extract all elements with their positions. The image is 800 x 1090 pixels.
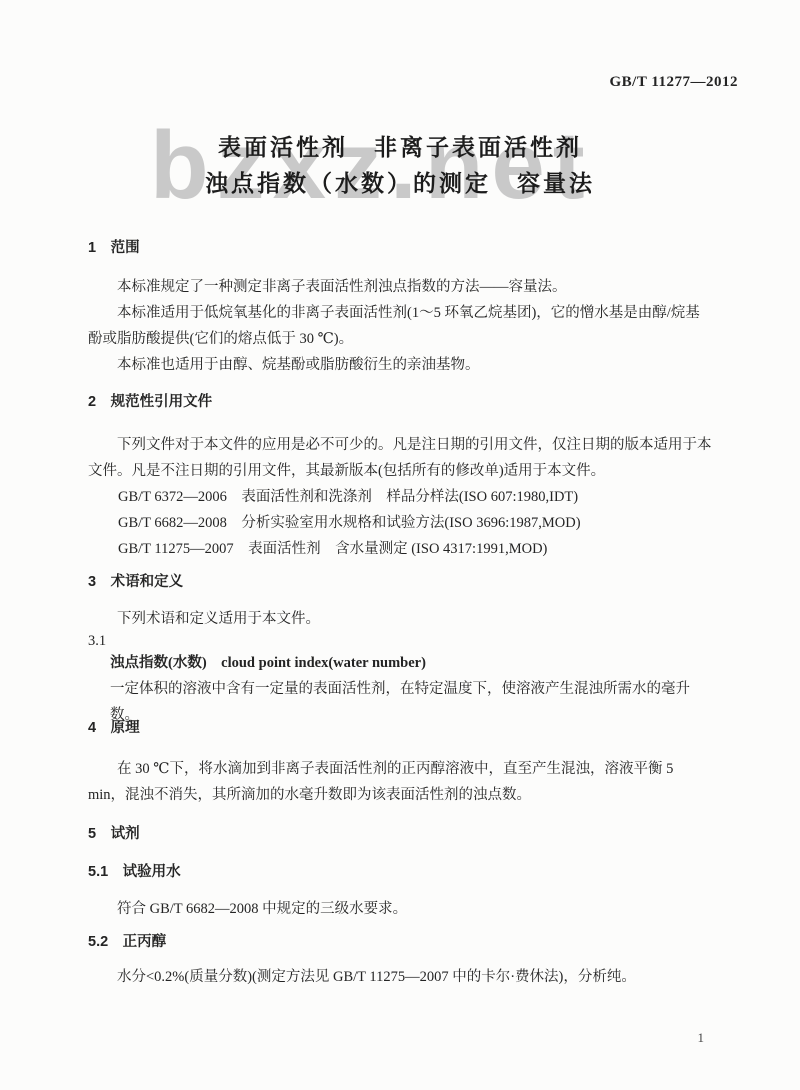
doc-title: 表面活性剂 非离子表面活性剂 浊点指数（水数）的测定 容量法 (0, 130, 800, 202)
section-2-heading: 2 规范性引用文件 (88, 390, 712, 414)
principle-paragraph: 在 30 ℃下，将水滴加到非离子表面活性剂的正丙醇溶液中，直至产生混浊，溶液平衡… (88, 756, 712, 808)
scope-paragraph-2: 本标准适用于低烷氧基化的非离子表面活性剂(1～5 环氧乙烷基团)，它的憎水基是由… (88, 300, 712, 352)
section-4-heading: 4 原理 (88, 716, 712, 740)
page-number: 1 (698, 1030, 705, 1046)
normative-refs-intro: 下列文件对于本文件的应用是必不可少的。凡是注日期的引用文件，仅注日期的版本适用于… (88, 432, 712, 484)
section-3-heading: 3 术语和定义 (88, 570, 712, 594)
reference-item: GB/T 6682—2008 分析实验室用水规格和试验方法(ISO 3696:1… (88, 510, 712, 536)
reference-item: GB/T 6372—2006 表面活性剂和洗涤剂 样品分样法(ISO 607:1… (88, 484, 712, 510)
section-5-2-heading: 5.2 正丙醇 (88, 930, 712, 954)
term-name: 浊点指数(水数) cloud point index(water number) (88, 650, 712, 676)
section-1-heading: 1 范围 (88, 236, 712, 260)
section-5-1-heading: 5.1 试验用水 (88, 860, 712, 884)
reference-item: GB/T 11275—2007 表面活性剂 含水量测定 (ISO 4317:19… (88, 536, 712, 562)
doc-code: GB/T 11277—2012 (610, 74, 739, 91)
scope-paragraph-3: 本标准也适用于由醇、烷基酚或脂肪酸衍生的亲油基物。 (88, 352, 712, 378)
document-page: GB/T 11277—2012 bzxz.net 表面活性剂 非离子表面活性剂 … (0, 0, 800, 1090)
section-5-heading: 5 试剂 (88, 822, 712, 846)
doc-title-line2: 浊点指数（水数）的测定 容量法 (0, 166, 800, 202)
reagent-water-paragraph: 符合 GB/T 6682—2008 中规定的三级水要求。 (88, 896, 712, 922)
reagent-propanol-paragraph: 水分<0.2%(质量分数)(测定方法见 GB/T 11275—2007 中的卡尔… (88, 964, 712, 990)
scope-paragraph-1: 本标准规定了一种测定非离子表面活性剂浊点指数的方法——容量法。 (88, 274, 712, 300)
doc-title-line1: 表面活性剂 非离子表面活性剂 (0, 130, 800, 166)
